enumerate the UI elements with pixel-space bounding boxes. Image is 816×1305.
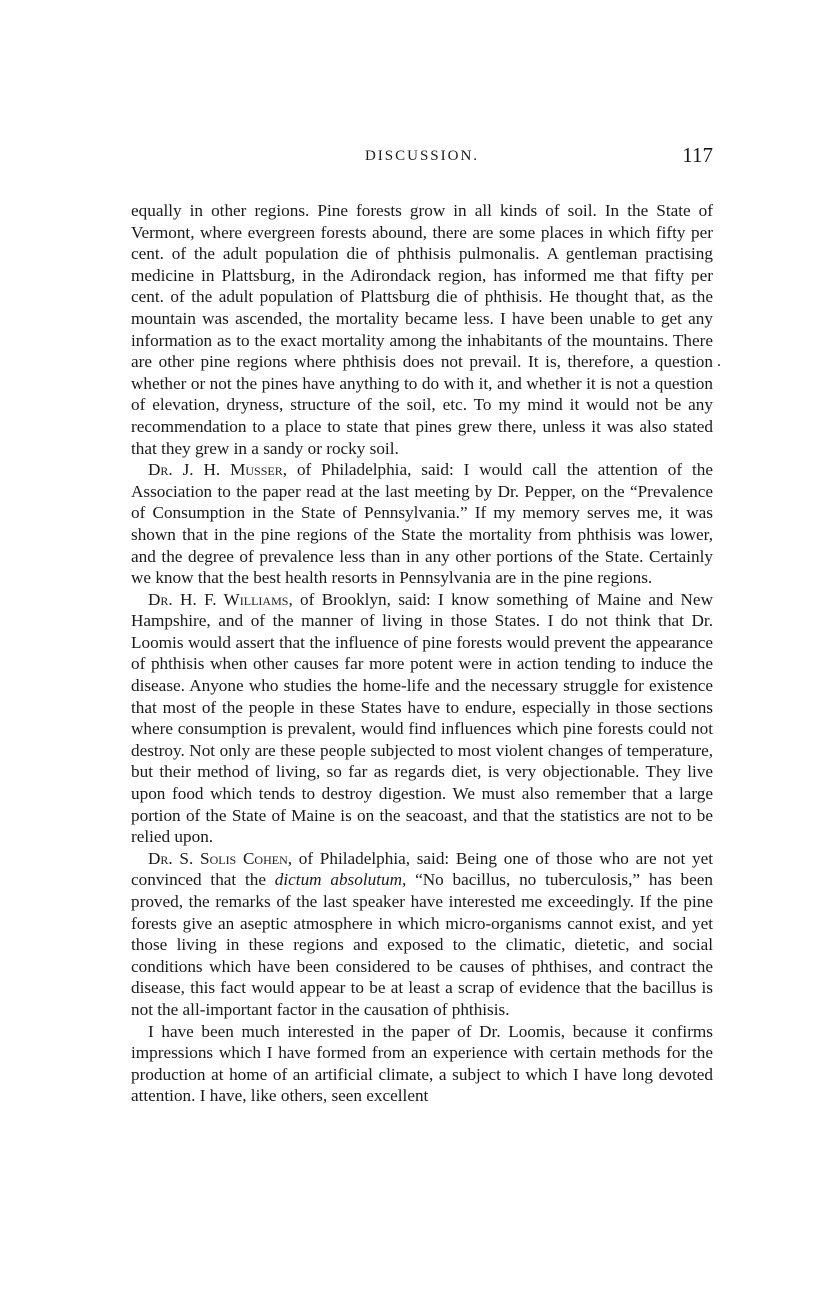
page-header: DISCUSSION. 117 (131, 148, 713, 178)
speaker-name: Dr. J. H. Musser (148, 460, 283, 479)
running-head: DISCUSSION. (131, 148, 713, 165)
page-number: 117 (682, 143, 713, 168)
paragraph-williams: Dr. H. F. Williams, of Brooklyn, said: I… (131, 589, 713, 848)
body-text: equally in other regions. Pine forests g… (131, 200, 713, 1107)
paragraph-text: , of Philadelphia, said: I would call th… (131, 460, 713, 587)
paragraph-cohen-continued: I have been much interested in the paper… (131, 1021, 713, 1107)
speaker-name: Dr. S. Solis Cohen (148, 849, 288, 868)
margin-mark: . (717, 353, 721, 371)
speaker-name: Dr. H. F. Williams (148, 590, 288, 609)
paragraph-text: equally in other regions. Pine forests g… (131, 201, 713, 458)
paragraph-text: , “No bacillus, no tuberculosis,” has be… (131, 870, 713, 1019)
paragraph-continuation: equally in other regions. Pine forests g… (131, 200, 713, 459)
page: DISCUSSION. 117 equally in other regions… (131, 148, 713, 1107)
paragraph-text: , of Brooklyn, said: I know something of… (131, 590, 713, 847)
paragraph-musser: Dr. J. H. Musser, of Philadelphia, said:… (131, 459, 713, 589)
italic-phrase: dictum absolutum (275, 870, 402, 889)
paragraph-text: I have been much interested in the paper… (131, 1022, 713, 1106)
paragraph-cohen: Dr. S. Solis Cohen, of Philadelphia, sai… (131, 848, 713, 1021)
